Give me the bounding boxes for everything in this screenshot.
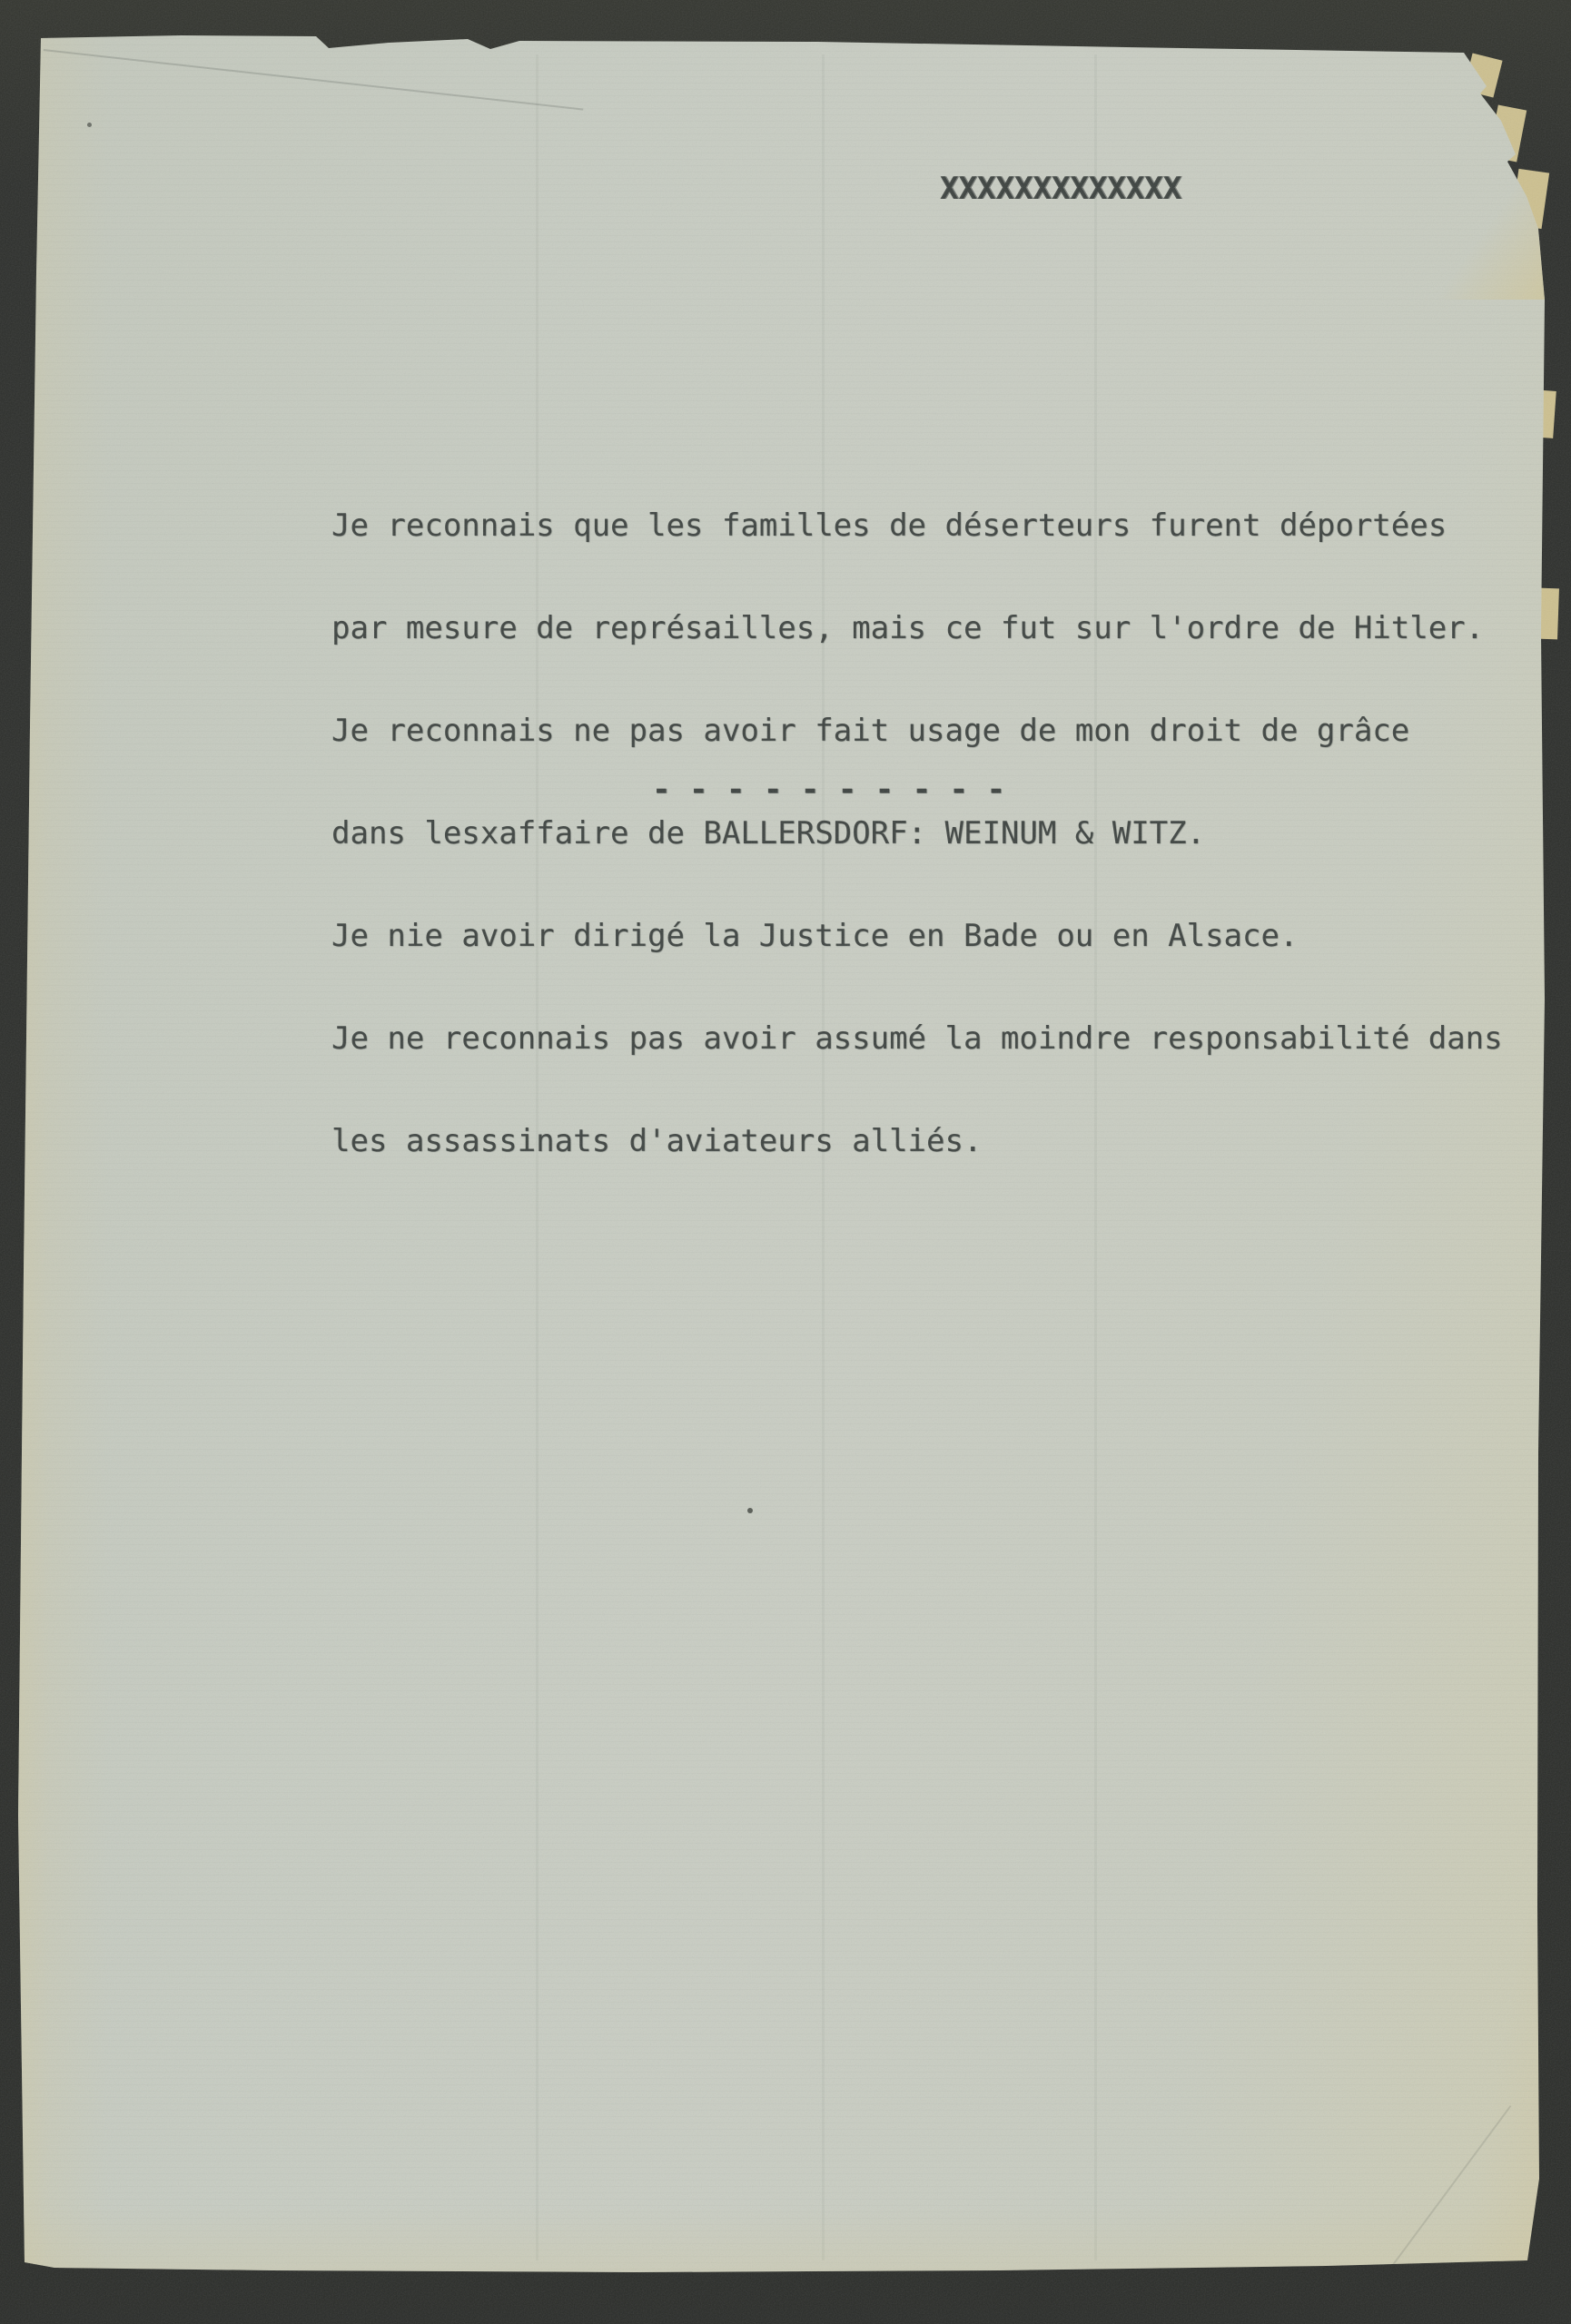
statement-line: les assassinats d'aviateurs alliés.: [331, 1127, 1503, 1157]
statement-line: dans lesxaffaire de BALLERSDORF: WEINUM …: [331, 819, 1503, 849]
paper-sheet: XXXXXXXXXXXXX Je reconnais que les famil…: [0, 0, 1571, 2324]
scan-background: XXXXXXXXXXXXX Je reconnais que les famil…: [0, 0, 1571, 2324]
dashed-separator: - - - - - - - - - -: [652, 772, 1005, 808]
ink-speck: [747, 1508, 753, 1513]
strikeout-header: XXXXXXXXXXXXX: [940, 171, 1181, 207]
statement-line: Je ne reconnais pas avoir assumé la moin…: [331, 1024, 1503, 1054]
fold-crease: [44, 49, 584, 111]
statement-line: Je reconnais que les familles de déserte…: [331, 511, 1503, 541]
ink-speck: [87, 123, 92, 127]
paper-edge-tint: [0, 2206, 1571, 2288]
statement-line: par mesure de représailles, mais ce fut …: [331, 614, 1503, 644]
statement-line: Je reconnais ne pas avoir fait usage de …: [331, 716, 1503, 746]
paper-edge-tint: [0, 0, 109, 2324]
typed-statement: Je reconnais que les familles de déserte…: [331, 438, 1503, 1229]
statement-line: Je nie avoir dirigé la Justice en Bade o…: [331, 921, 1503, 951]
